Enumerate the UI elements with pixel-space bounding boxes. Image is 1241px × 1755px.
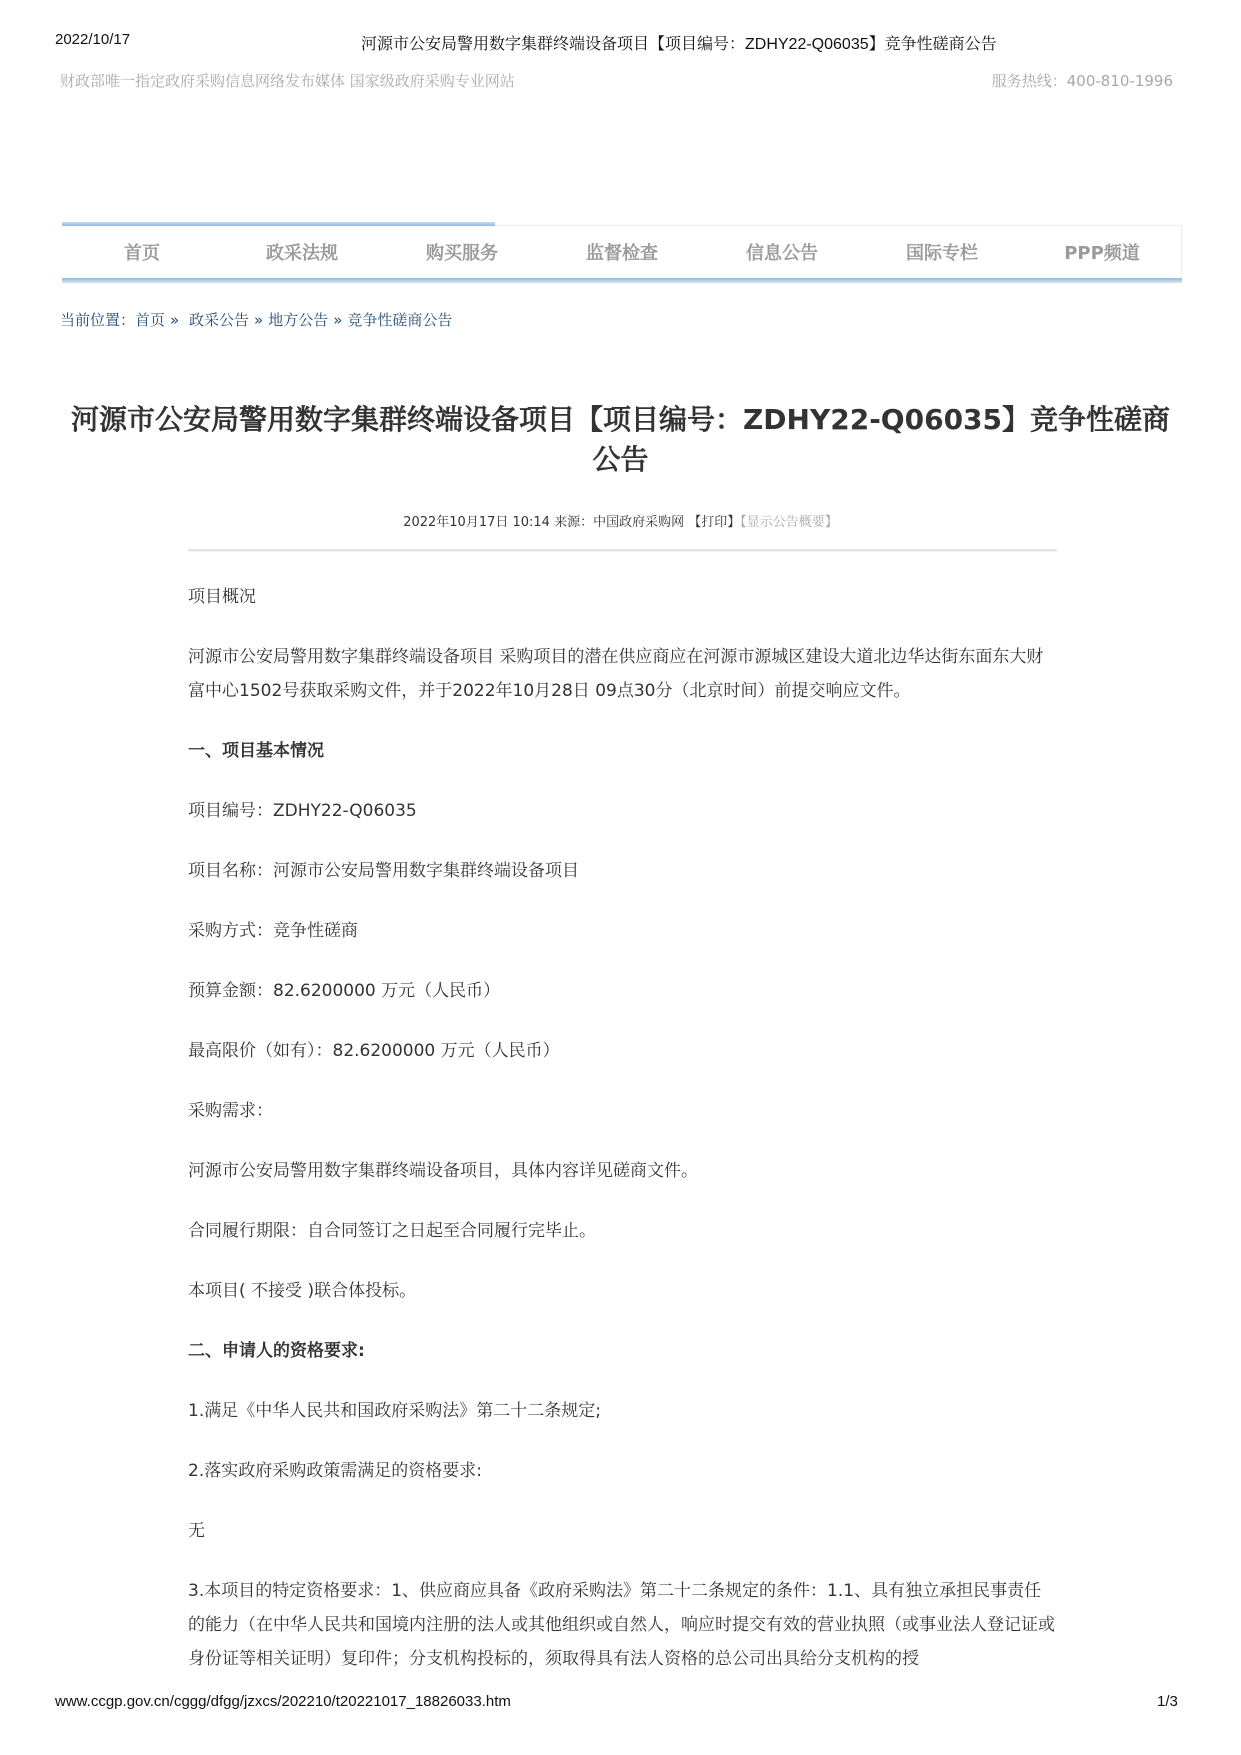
paragraph-project-name: 项目名称：河源市公安局警用数字集群终端设备项目: [188, 854, 1058, 888]
article-meta: 2022年10月17日 10:14 来源：中国政府采购网 【打印】【显示公告概要…: [0, 511, 1241, 530]
paragraph-qualification-2-value: 无: [188, 1514, 1058, 1548]
nav-item-regulations[interactable]: 政采法规: [222, 226, 382, 278]
main-nav: 首页 政采法规 购买服务 监督检查 信息公告 国际专栏 PPP频道: [62, 222, 1182, 282]
paragraph-overview: 河源市公安局警用数字集群终端设备项目 采购项目的潜在供应商应在河源市源城区建设大…: [188, 640, 1058, 708]
breadcrumb-competitive-negotiation[interactable]: 竞争性磋商公告: [347, 311, 452, 329]
title-divider: [188, 549, 1057, 552]
show-summary-link[interactable]: 【显示公告概要】: [740, 515, 838, 530]
breadcrumb-prefix: 当前位置：: [60, 311, 135, 329]
paragraph-project-number: 项目编号：ZDHY22-Q06035: [188, 794, 1058, 828]
source-label: 来源：: [554, 515, 593, 530]
nav-item-international[interactable]: 国际专栏: [862, 226, 1022, 278]
paragraph-procurement-method: 采购方式：竞争性磋商: [188, 914, 1058, 948]
paragraph-contract-period: 合同履行期限：自合同签订之日起至合同履行完毕止。: [188, 1214, 1058, 1248]
print-page-title: 河源市公安局警用数字集群终端设备项目【项目编号：ZDHY22-Q06035】竞争…: [361, 31, 997, 54]
service-hotline: 服务热线：400-810-1996: [992, 70, 1173, 91]
paragraph-overview-heading: 项目概况: [188, 580, 1058, 614]
paragraph-max-price: 最高限价（如有）：82.6200000 万元（人民币）: [188, 1034, 1058, 1068]
breadcrumb: 当前位置：首页» 政采公告»地方公告»竞争性磋商公告: [60, 309, 452, 330]
paragraph-qualification-2: 2.落实政府采购政策需满足的资格要求:: [188, 1454, 1058, 1488]
nav-bar: 首页 政采法规 购买服务 监督检查 信息公告 国际专栏 PPP频道: [62, 226, 1182, 278]
paragraph-consortium: 本项目( 不接受 )联合体投标。: [188, 1274, 1058, 1308]
paragraph-qualification-3: 3.本项目的特定资格要求：1、供应商应具备《政府采购法》第二十二条规定的条件：1…: [188, 1574, 1058, 1676]
print-page-number: 1/3: [1157, 1693, 1178, 1710]
section-heading-basic-info: 一、项目基本情况: [188, 734, 1058, 768]
print-link[interactable]: 【打印】: [688, 515, 740, 530]
breadcrumb-home[interactable]: 首页: [135, 311, 165, 329]
nav-item-ppp[interactable]: PPP频道: [1022, 226, 1182, 278]
article-body: 项目概况 河源市公安局警用数字集群终端设备项目 采购项目的潜在供应商应在河源市源…: [188, 580, 1058, 1702]
site-slogan: 财政部唯一指定政府采购信息网络发布媒体 国家级政府采购专业网站: [60, 70, 515, 91]
source-name: 中国政府采购网: [593, 515, 684, 530]
paragraph-requirements: 河源市公安局警用数字集群终端设备项目，具体内容详见磋商文件。: [188, 1154, 1058, 1188]
paragraph-requirements-label: 采购需求：: [188, 1094, 1058, 1128]
print-date: 2022/10/17: [55, 31, 130, 48]
paragraph-budget: 预算金额：82.6200000 万元（人民币）: [188, 974, 1058, 1008]
section-heading-qualifications: 二、申请人的资格要求:: [188, 1334, 1058, 1368]
nav-item-announcements[interactable]: 信息公告: [702, 226, 862, 278]
breadcrumb-separator: »: [170, 311, 179, 329]
print-url: www.ccgp.gov.cn/cggg/dfgg/jzxcs/202210/t…: [55, 1693, 511, 1710]
breadcrumb-separator: »: [333, 311, 342, 329]
publish-datetime: 2022年10月17日 10:14: [403, 515, 550, 530]
breadcrumb-separator: »: [254, 311, 263, 329]
nav-bottom-border: [62, 278, 1182, 283]
article-title: 河源市公安局警用数字集群终端设备项目【项目编号：ZDHY22-Q06035】竞争…: [70, 400, 1171, 480]
breadcrumb-procurement-announcements[interactable]: 政采公告: [189, 311, 249, 329]
nav-item-supervision[interactable]: 监督检查: [542, 226, 702, 278]
paragraph-qualification-1: 1.满足《中华人民共和国政府采购法》第二十二条规定;: [188, 1394, 1058, 1428]
breadcrumb-local-announcements[interactable]: 地方公告: [268, 311, 328, 329]
nav-item-purchase-services[interactable]: 购买服务: [382, 226, 542, 278]
nav-item-home[interactable]: 首页: [62, 226, 222, 278]
